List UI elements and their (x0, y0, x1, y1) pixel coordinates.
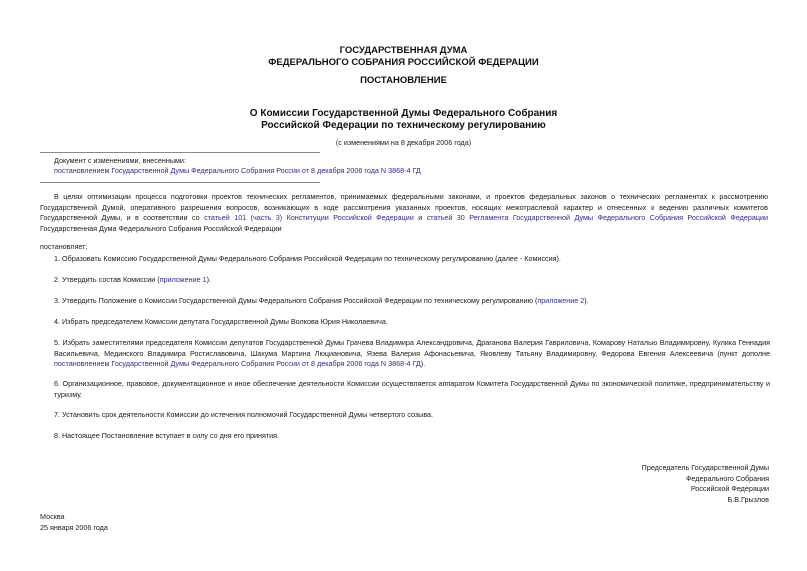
document-title-line2: Российской Федерации по техническому рег… (0, 119, 807, 132)
preamble-text-end: Государственная Дума Федерального Собран… (40, 224, 282, 233)
document-type: ПОСТАНОВЛЕНИЕ (0, 75, 807, 87)
reglament-article-link[interactable]: статьей 30 Регламента Государственной Ду… (427, 213, 768, 222)
item-text: 4. Избрать председателем Комиссии депута… (40, 317, 770, 328)
org-name-line1: ГОСУДАРСТВЕННАЯ ДУМА (0, 45, 807, 57)
list-item-4: 4. Избрать председателем Комиссии депута… (40, 317, 770, 328)
constitution-article-link[interactable]: статьей 101 (часть 3) Конституции Россий… (204, 213, 414, 222)
list-item-1: 1. Образовать Комиссию Государственной Д… (40, 254, 770, 265)
item-text: ). (207, 275, 211, 284)
amendments-label: Документ с изменениями, внесенными: (54, 156, 186, 166)
org-name-line2: ФЕДЕРАЛЬНОГО СОБРАНИЯ РОССИЙСКОЙ ФЕДЕРАЦ… (0, 57, 807, 69)
list-item-3: 3. Утвердить Положение о Комиссии Госуда… (40, 296, 770, 307)
preamble-conj: и (414, 213, 427, 222)
resolves-label: постановляет: (40, 242, 87, 253)
date: 25 января 2006 года (40, 523, 108, 534)
list-item-2: 2. Утвердить состав Комиссии (приложение… (40, 275, 770, 286)
item-text: 1. Образовать Комиссию Государственной Д… (40, 254, 770, 265)
place-date: Москва 25 января 2006 года (40, 512, 108, 533)
list-item-8: 8. Настоящее Постановление вступает в си… (40, 431, 770, 442)
signature-country: Российской Федерации (642, 484, 769, 495)
signature-title: Председатель Государственной Думы (642, 463, 769, 474)
divider-bottom (40, 182, 320, 183)
item-text: ). (421, 359, 425, 368)
amendment-link-item5[interactable]: постановлением Государственной Думы Феде… (54, 359, 421, 368)
signature-block: Председатель Государственной Думы Федера… (642, 463, 769, 505)
signature-org: Федерального Собрания (642, 474, 769, 485)
signatory-name: Б.В.Грызлов (642, 495, 769, 506)
item-text: 8. Настоящее Постановление вступает в си… (40, 431, 770, 442)
item-text: 2. Утвердить состав Комиссии ( (54, 275, 160, 284)
item-text: 6. Организационное, правовое, документац… (40, 379, 770, 400)
item-text: ). (584, 296, 588, 305)
list-item-7: 7. Установить срок деятельности Комиссии… (40, 410, 770, 421)
amendment-link[interactable]: постановлением Государственной Думы Феде… (54, 166, 421, 176)
item-text: 3. Утвердить Положение о Комиссии Госуда… (54, 296, 537, 305)
appendix-1-link[interactable]: приложение 1 (160, 275, 207, 284)
preamble: В целях оптимизации процесса подготовки … (40, 192, 768, 234)
list-item-6: 6. Организационное, правовое, документац… (40, 379, 770, 400)
revision-note: (с изменениями на 8 декабря 2006 года) (0, 138, 807, 148)
list-item-5: 5. Избрать заместителями председателя Ко… (40, 338, 770, 370)
divider-top (40, 152, 320, 153)
appendix-2-link[interactable]: приложение 2 (537, 296, 584, 305)
item-text: 7. Установить срок деятельности Комиссии… (40, 410, 770, 421)
item-text: 5. Избрать заместителями председателя Ко… (54, 338, 770, 358)
place: Москва (40, 512, 108, 523)
